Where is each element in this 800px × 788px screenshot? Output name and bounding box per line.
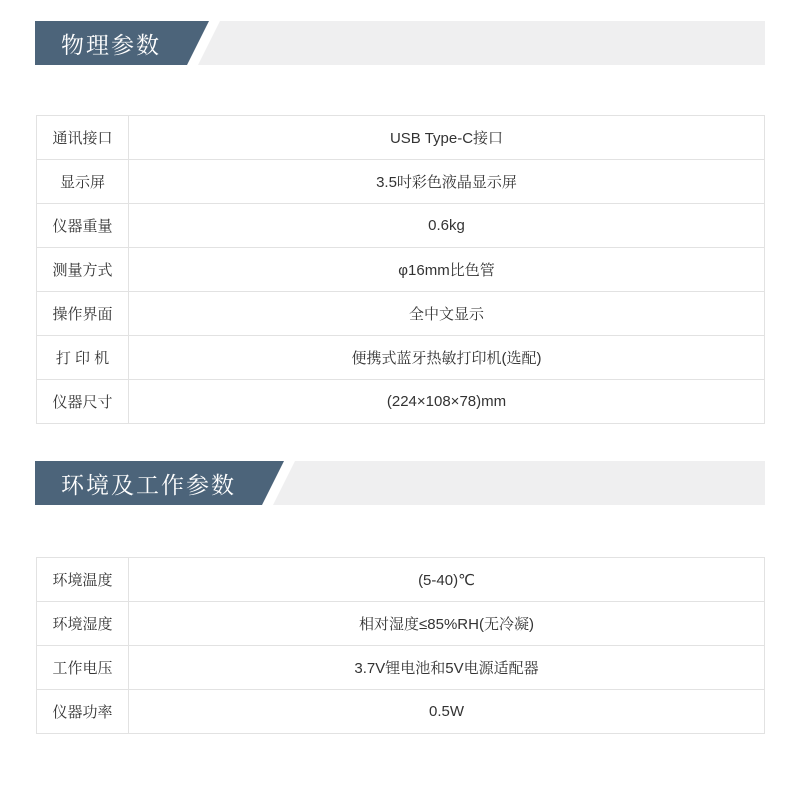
- spec-value: USB Type-C接口: [129, 116, 765, 160]
- spec-label: 仪器重量: [37, 204, 129, 248]
- header-ribbon: [198, 21, 765, 65]
- section-header-physical: 物理参数: [35, 21, 765, 65]
- spec-value: (224×108×78)mm: [129, 380, 765, 424]
- table-row: 测量方式 φ16mm比色管: [37, 248, 765, 292]
- section-title-badge: 环境及工作参数: [35, 461, 284, 505]
- spec-value: 3.5吋彩色液晶显示屏: [129, 160, 765, 204]
- table-row: 打 印 机 便携式蓝牙热敏打印机(选配): [37, 336, 765, 380]
- table-row: 环境湿度 相对湿度≤85%RH(无冷凝): [37, 602, 765, 646]
- spec-value: 3.7V锂电池和5V电源适配器: [129, 646, 765, 690]
- spec-label: 工作电压: [37, 646, 129, 690]
- spec-sheet-page: 物理参数 通讯接口 USB Type-C接口 显示屏 3.5吋彩色液晶显示屏 仪…: [0, 0, 800, 788]
- section-header-environment: 环境及工作参数: [35, 461, 765, 505]
- spec-label: 仪器功率: [37, 690, 129, 734]
- physical-params-table: 通讯接口 USB Type-C接口 显示屏 3.5吋彩色液晶显示屏 仪器重量 0…: [36, 115, 765, 424]
- spec-value: 0.6kg: [129, 204, 765, 248]
- table-row: 显示屏 3.5吋彩色液晶显示屏: [37, 160, 765, 204]
- table-row: 工作电压 3.7V锂电池和5V电源适配器: [37, 646, 765, 690]
- spec-label: 测量方式: [37, 248, 129, 292]
- spec-label: 操作界面: [37, 292, 129, 336]
- spec-value: 便携式蓝牙热敏打印机(选配): [129, 336, 765, 380]
- table-row: 仪器尺寸 (224×108×78)mm: [37, 380, 765, 424]
- section-title-badge: 物理参数: [35, 21, 209, 65]
- spec-value: (5-40)℃: [129, 558, 765, 602]
- spec-label: 环境湿度: [37, 602, 129, 646]
- table-row: 环境温度 (5-40)℃: [37, 558, 765, 602]
- spec-label: 仪器尺寸: [37, 380, 129, 424]
- spec-label: 通讯接口: [37, 116, 129, 160]
- environment-params-table: 环境温度 (5-40)℃ 环境湿度 相对湿度≤85%RH(无冷凝) 工作电压 3…: [36, 557, 765, 734]
- spec-value: 0.5W: [129, 690, 765, 734]
- spec-value: 全中文显示: [129, 292, 765, 336]
- table-row: 仪器重量 0.6kg: [37, 204, 765, 248]
- spec-value: 相对湿度≤85%RH(无冷凝): [129, 602, 765, 646]
- spec-label: 打 印 机: [37, 336, 129, 380]
- section-title: 物理参数: [61, 27, 161, 60]
- spec-value: φ16mm比色管: [129, 248, 765, 292]
- spec-label: 显示屏: [37, 160, 129, 204]
- spec-label: 环境温度: [37, 558, 129, 602]
- header-ribbon: [273, 461, 765, 505]
- table-row: 操作界面 全中文显示: [37, 292, 765, 336]
- section-title: 环境及工作参数: [61, 467, 236, 500]
- table-row: 通讯接口 USB Type-C接口: [37, 116, 765, 160]
- table-row: 仪器功率 0.5W: [37, 690, 765, 734]
